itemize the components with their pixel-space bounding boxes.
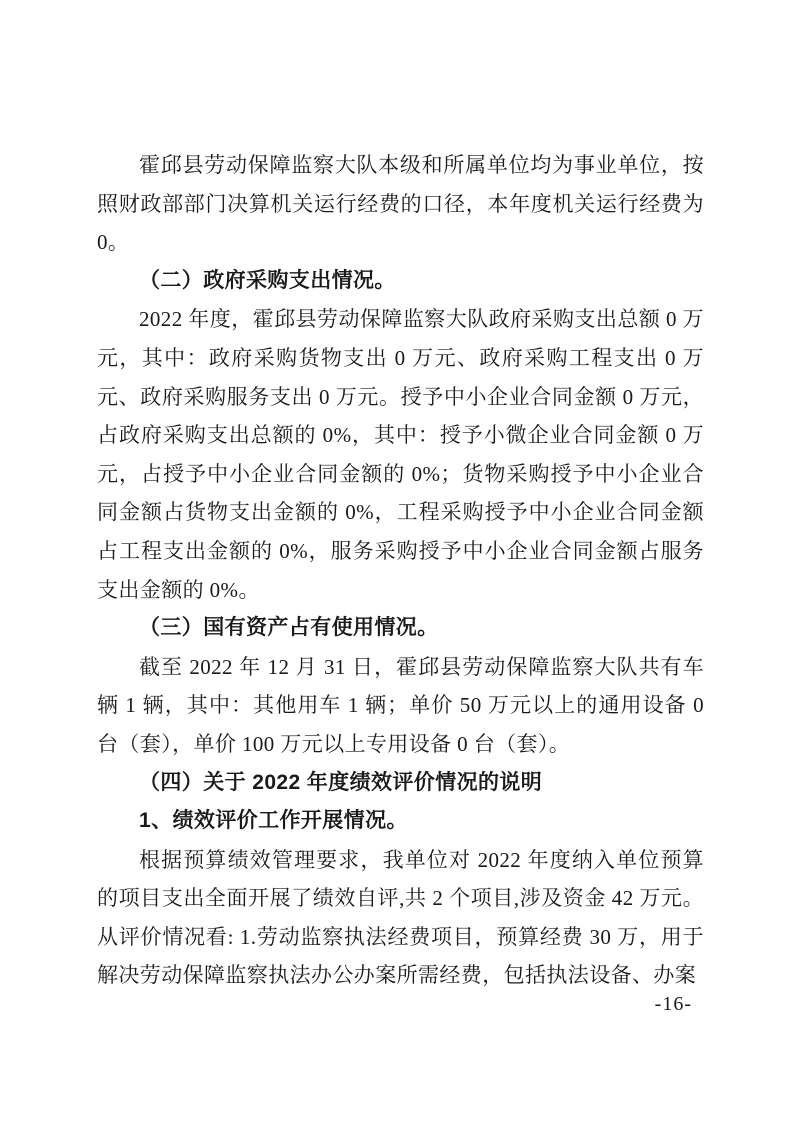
page-number: -16- <box>655 992 692 1016</box>
paragraph-state-assets-details: 截至 2022 年 12 月 31 日，霍邱县劳动保障监察大队共有车辆 1 辆，… <box>97 648 704 764</box>
heading-section-three-state-assets: （三）国有资产占有使用情况。 <box>97 609 704 648</box>
paragraph-agency-operating-cost: 霍邱县劳动保障监察大队本级和所属单位均为事业单位，按照财政部部门决算机关运行经费… <box>97 146 704 262</box>
document-page: 霍邱县劳动保障监察大队本级和所属单位均为事业单位，按照财政部部门决算机关运行经费… <box>0 0 793 1122</box>
paragraph-performance-self-evaluation: 根据预算绩效管理要求，我单位对 2022 年度纳入单位预算的项目支出全面开展了绩… <box>97 841 704 995</box>
heading-section-two-gov-procurement: （二）政府采购支出情况。 <box>97 262 704 301</box>
document-body: 霍邱县劳动保障监察大队本级和所属单位均为事业单位，按照财政部部门决算机关运行经费… <box>97 146 704 995</box>
subheading-performance-evaluation-work: 1、绩效评价工作开展情况。 <box>97 802 704 841</box>
paragraph-gov-procurement-details: 2022 年度，霍邱县劳动保障监察大队政府采购支出总额 0 万元，其中：政府采购… <box>97 300 704 609</box>
heading-section-four-performance-evaluation: （四）关于 2022 年度绩效评价情况的说明 <box>97 764 704 803</box>
